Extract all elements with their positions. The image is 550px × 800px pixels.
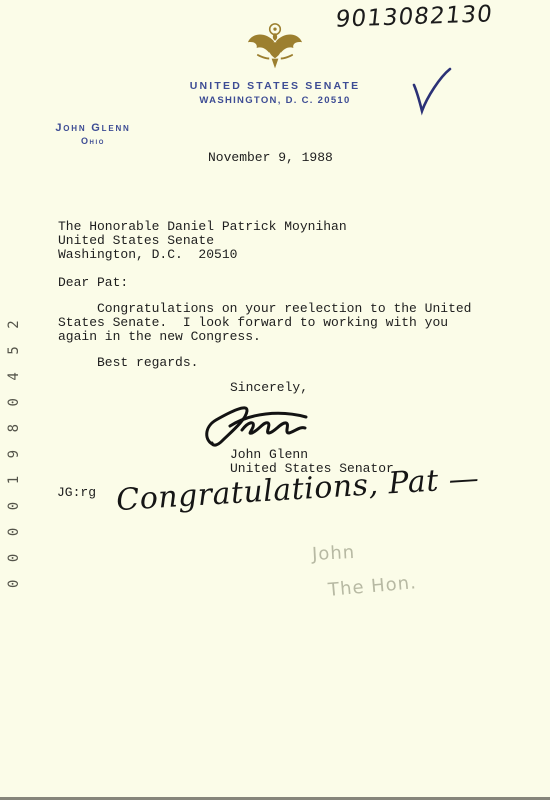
senator-block: John Glenn Ohio bbox=[40, 122, 146, 146]
checkmark-icon bbox=[404, 66, 454, 118]
vertical-serial-text: 00001980452 bbox=[6, 303, 22, 588]
valediction: Sincerely, bbox=[230, 381, 308, 395]
closing-line: Best regards. bbox=[58, 356, 198, 370]
letter-date: November 9, 1988 bbox=[208, 151, 333, 165]
letterhead-org: UNITED STATES SENATE bbox=[0, 80, 550, 92]
salutation: Dear Pat: bbox=[58, 276, 128, 290]
recipient-line-1: The Honorable Daniel Patrick Moynihan bbox=[58, 220, 347, 234]
senator-name: John Glenn bbox=[40, 122, 146, 134]
letter-page: 9013082130 UNITED STATES SENATE WASHINGT… bbox=[0, 0, 550, 800]
body-line-1: Congratulations on your reelection to th… bbox=[58, 302, 471, 316]
signer-name: John Glenn bbox=[230, 448, 308, 462]
recipient-line-3: Washington, D.C. 20510 bbox=[58, 248, 237, 262]
letterhead-city: WASHINGTON, D. C. 20510 bbox=[0, 95, 550, 106]
senator-state: Ohio bbox=[40, 136, 146, 146]
pencil-note-line-2: The Hon. bbox=[327, 572, 417, 601]
handwritten-number: 9013082130 bbox=[334, 1, 494, 32]
recipient-line-2: United States Senate bbox=[58, 234, 214, 248]
senate-seal-icon bbox=[246, 20, 304, 78]
body-line-2: States Senate. I look forward to working… bbox=[58, 316, 448, 330]
vertical-serial-number: 00001980452 bbox=[4, 300, 32, 592]
body-line-3: again in the new Congress. bbox=[58, 330, 261, 344]
pencil-note-line-1: John bbox=[311, 542, 355, 565]
reference-initials: JG:rg bbox=[57, 486, 96, 500]
